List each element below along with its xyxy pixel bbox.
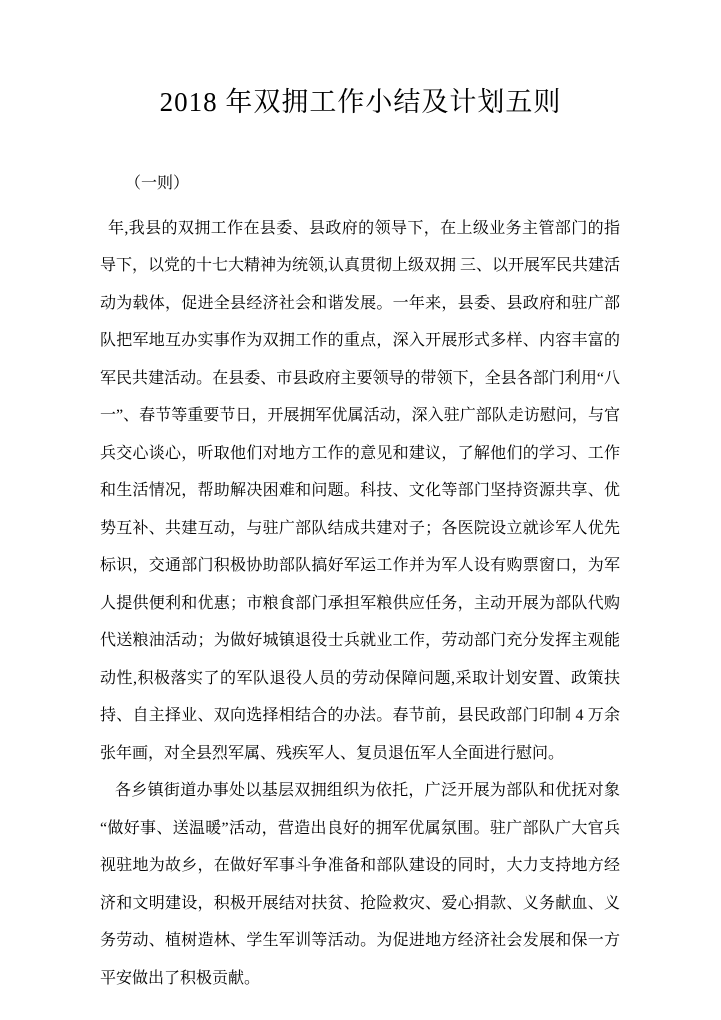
document-body: 年,我县的双拥工作在县委、县政府的领导下，在上级业务主管部门的指导下，以党的十七… bbox=[100, 210, 620, 998]
document-page: 2018 年双拥工作小结及计划五则 （一则） 年,我县的双拥工作在县委、县政府的… bbox=[0, 0, 721, 1020]
section-label: （一则） bbox=[125, 165, 721, 203]
document-title: 2018 年双拥工作小结及计划五则 bbox=[0, 84, 721, 120]
body-paragraph-2: 各乡镇街道办事处以基层双拥组织为依托，广泛开展为部队和优抚对象“做好事、送温暖”… bbox=[100, 772, 620, 997]
body-paragraph-1: 年,我县的双拥工作在县委、县政府的领导下，在上级业务主管部门的指导下，以党的十七… bbox=[100, 210, 620, 773]
